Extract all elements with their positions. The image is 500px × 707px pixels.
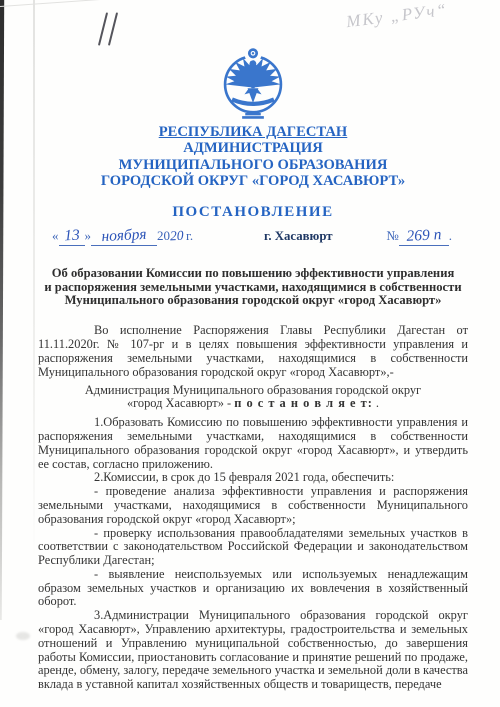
city-label: г. Хасавюрт [264,229,333,244]
clause-2-item-check: - проверку использования правообладателя… [38,527,468,568]
year-suffix: г. [186,228,193,243]
letterhead-line-city: ГОРОДСКОЙ ОКРУГ «ГОРОД ХАСАВЮРТ» [38,173,468,189]
clause-2-item-analysis: - проведение анализа эффективности управ… [38,485,468,526]
handwritten-day: 13 [58,226,85,245]
resolve-line2-suffix: . [373,396,379,410]
letterhead-line-administration: АДМИНИСТРАЦИЯ [38,140,468,156]
title-line: Муниципального образования городской окр… [38,294,468,308]
letterhead-line-municipal: МУНИЦИПАЛЬНОГО ОБРАЗОВАНИЯ [38,157,468,173]
date-and-number-line: «13»ноября2020г. г. Хасавюрт №269 п. [38,227,468,251]
clause-1: 1.Образовать Комиссию по повышению эффек… [38,416,468,471]
handwritten-year: 20 [170,227,187,244]
document-content: РЕСПУБЛИКА ДАГЕСТАН АДМИНИСТРАЦИЯ МУНИЦИ… [0,0,500,692]
emblem-container [38,44,468,122]
number-sign: № [386,228,398,243]
clause-2-item-unused: - выявление неиспользуемых или используе… [38,568,468,609]
letterhead-line-republic: РЕСПУБЛИКА ДАГЕСТАН [38,124,468,140]
handwritten-month: ноября [91,225,158,246]
year-printed: 20 [157,228,170,243]
document-type-heading: ПОСТАНОВЛЕНИЕ [38,203,468,221]
resolve-line1: Администрация Муниципального образования… [85,383,421,397]
letterhead: РЕСПУБЛИКА ДАГЕСТАН АДМИНИСТРАЦИЯ МУНИЦИ… [38,124,468,190]
month-blank: ноября [91,227,157,246]
number-field: №269 п. [386,227,452,246]
handwritten-number: 269 п [398,225,449,246]
preamble-paragraph: Во исполнение Распоряжения Главы Республ… [38,324,468,379]
title-line: Об образовании Комиссии по повышению эфф… [38,267,468,281]
day-blank: 13 [59,227,85,246]
number-blank: 269 п [399,227,449,246]
clause-3: 3.Администрации Муниципального образован… [38,609,468,692]
dagestan-coat-of-arms-eagle-icon [214,44,292,120]
title-line: и распоряжения земельными участками, нах… [38,281,468,295]
resolution-body: Во исполнение Распоряжения Главы Республ… [38,324,468,692]
resolution-title: Об образовании Комиссии по повышению эфф… [38,267,468,309]
clause-2: 2.Комиссии, в срок до 15 февраля 2021 го… [38,471,468,485]
resolve-line2-prefix: «город Хасавюрт» - [127,396,234,410]
scanned-document-page: МКу „РУч“ [0,0,500,707]
resolve-verb: п о с т а н о в л я е т: [234,396,373,410]
date-field: «13»ноября2020г. [52,227,264,246]
resolve-clause: Администрация Муниципального образования… [38,384,468,412]
